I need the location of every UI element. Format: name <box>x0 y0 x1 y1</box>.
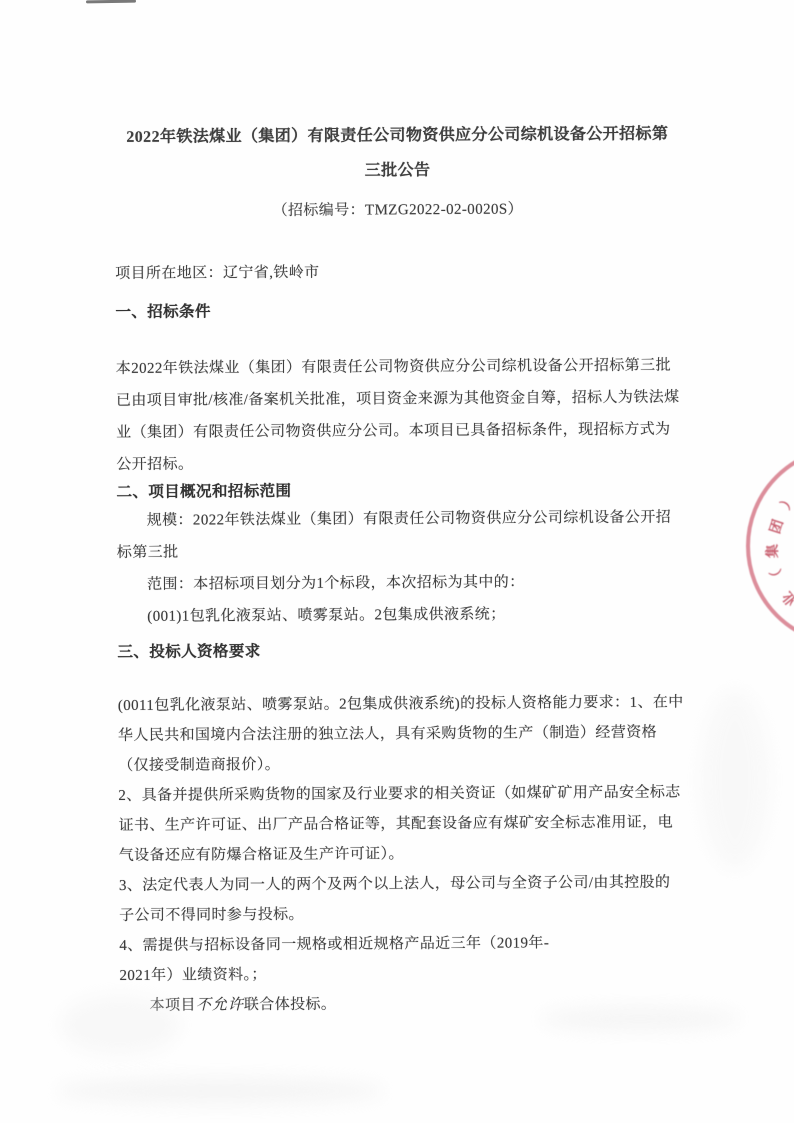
scanned-document-page: 2022年铁法煤业（集团）有限责任公司物资供应分公司综机设备公开招标第三批公告 … <box>0 0 794 1123</box>
seal-char: （ <box>767 564 790 587</box>
scan-artifact-top <box>86 0 136 3</box>
scan-shadow <box>60 995 180 1055</box>
seal-char: 业 <box>778 585 794 610</box>
tender-number: （招标编号：TMZG2022-02-0020S） <box>115 197 681 221</box>
section2-heading: 二、项目概况和招标范围 <box>116 478 682 505</box>
section2-scale: 规模：2022年铁法煤业（集团）有限责任公司物资供应分公司综机设备公开招标第三批 <box>117 502 683 569</box>
qualification-req-4-line1: 4、需提供与招标设备同一规格或相近规格产品近三年（2019年- <box>119 928 685 961</box>
qualification-req-4-line2: 2021年）业绩资料。； <box>119 958 685 991</box>
qualification-req-3: 3、法定代表人为同一人的两个及两个以上法人，母公司与全资子公司/由其控股的子公司… <box>119 868 685 931</box>
project-location: 项目所在地区：辽宁省,铁岭市 <box>115 256 681 289</box>
section2-lots: (001)1包乳化液泵站、喷雾泵站。2包集成供液系统； <box>117 598 683 633</box>
scan-shadow <box>700 690 770 870</box>
seal-char: 团 <box>767 516 790 539</box>
section2-scope: 范围：本招标项目划分为1个标段，本次招标为其中的： <box>117 566 683 601</box>
scan-shadow <box>55 1078 385 1104</box>
section1-heading: 一、招标条件 <box>115 298 681 325</box>
section1-paragraph: 本2022年铁法煤业（集团）有限责任公司物资供应分公司综机设备公开招标第三批已由… <box>116 350 683 481</box>
seal-char: ） <box>777 490 794 515</box>
qualification-req-2: 2、具备并提供所采购货物的国家及行业要求的相关资证（如煤矿矿用产品安全标志证书、… <box>118 778 685 871</box>
seal-char: 集 <box>765 542 783 560</box>
qualification-req-1: (0011包乳化液泵站、喷雾泵站。2包集成供液系统)的投标人资格能力要求：1、在… <box>118 688 685 781</box>
scan-shadow <box>540 1008 740 1030</box>
consortium-suffix: 联合体投标。 <box>244 997 337 1014</box>
document-body: 2022年铁法煤业（集团）有限责任公司物资供应分公司综机设备公开招标第三批公告 … <box>114 117 685 1021</box>
company-seal: ） 团 集 （ 业 <box>746 446 794 646</box>
document-title: 2022年铁法煤业（集团）有限责任公司物资供应分公司综机设备公开招标第三批公告 <box>123 117 671 190</box>
section3-heading: 三、投标人资格要求 <box>117 638 683 665</box>
consortium-not-allowed: 不允许 <box>196 997 244 1013</box>
